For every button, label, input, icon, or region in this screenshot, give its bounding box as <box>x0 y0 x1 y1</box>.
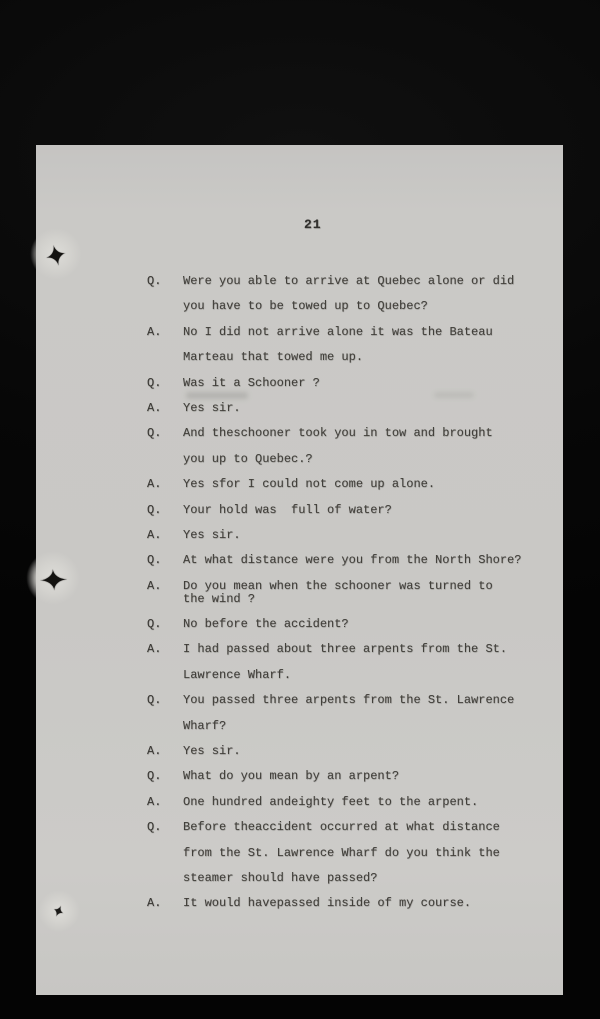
speaker-label: Q. <box>147 692 183 708</box>
speaker-label: A. <box>147 578 183 594</box>
qa-line: Wharf? <box>183 718 547 734</box>
qa-row: Q. And theschooner took you in tow and b… <box>147 425 547 476</box>
qa-line: from the St. Lawrence Wharf do you think… <box>183 845 547 861</box>
qa-row: A. No I did not arrive alone it was the … <box>147 324 547 375</box>
qa-list: Q. Were you able to arrive at Quebec alo… <box>147 273 547 921</box>
qa-lines: I had passed about three arpents from th… <box>183 641 547 692</box>
document-page: 21 Q. Were you able to arrive at Quebec … <box>36 145 563 995</box>
fastener-star-icon: ✦ <box>49 897 70 925</box>
speaker-label: A. <box>147 324 183 340</box>
speaker-label: Q. <box>147 819 183 835</box>
qa-lines: One hundred andeighty feet to the arpent… <box>183 794 547 819</box>
qa-lines: No before the accident? <box>183 616 547 641</box>
qa-lines: Yes sir. <box>183 527 547 552</box>
speaker-label: A. <box>147 527 183 543</box>
qa-line: Was it a Schooner ? <box>183 375 547 391</box>
qa-lines: Do you mean when the schooner was turned… <box>183 578 547 616</box>
speaker-label: A. <box>147 743 183 759</box>
speaker-label: A. <box>147 476 183 492</box>
speaker-label: Q. <box>147 502 183 518</box>
qa-lines: Your hold was full of water? <box>183 502 547 527</box>
qa-row: A. Yes sfor I could not come up alone. <box>147 476 547 501</box>
qa-row: A. It would havepassed inside of my cour… <box>147 895 547 920</box>
qa-lines: You passed three arpents from the St. La… <box>183 692 547 743</box>
qa-row: Q. At what distance were you from the No… <box>147 552 547 577</box>
fastener-star-icon: ✦ <box>37 554 70 602</box>
qa-line: Were you able to arrive at Quebec alone … <box>183 273 547 289</box>
fastener-hole-mark: ✦ <box>30 228 82 280</box>
speaker-label: A. <box>147 400 183 416</box>
qa-lines: Yes sfor I could not come up alone. <box>183 476 547 501</box>
qa-row: Q. Was it a Schooner ? <box>147 375 547 400</box>
qa-lines: And theschooner took you in tow and brou… <box>183 425 547 476</box>
speaker-label: Q. <box>147 552 183 568</box>
qa-line: Lawrence Wharf. <box>183 667 547 683</box>
qa-row: Q. Before theaccident occurred at what d… <box>147 819 547 895</box>
qa-line: At what distance were you from the North… <box>183 552 547 568</box>
qa-line: you have to be towed up to Quebec? <box>183 298 547 314</box>
qa-lines: Were you able to arrive at Quebec alone … <box>183 273 547 324</box>
qa-lines: No I did not arrive alone it was the Bat… <box>183 324 547 375</box>
fastener-hole-mark: ✦ <box>26 551 80 605</box>
qa-row: A. Yes sir. <box>147 527 547 552</box>
speaker-label: A. <box>147 895 183 911</box>
qa-row: A. I had passed about three arpents from… <box>147 641 547 692</box>
qa-line: I had passed about three arpents from th… <box>183 641 547 657</box>
qa-row: Q. You passed three arpents from the St.… <box>147 692 547 743</box>
speaker-label: Q. <box>147 616 183 632</box>
speaker-label: A. <box>147 794 183 810</box>
qa-line: You passed three arpents from the St. La… <box>183 692 547 708</box>
scanned-document: 21 Q. Were you able to arrive at Quebec … <box>0 0 600 1019</box>
qa-row: A. Yes sir. <box>147 743 547 768</box>
qa-row: A. One hundred andeighty feet to the arp… <box>147 794 547 819</box>
qa-line: Yes sir. <box>183 527 547 543</box>
qa-line: No I did not arrive alone it was the Bat… <box>183 324 547 340</box>
page-number: 21 <box>304 217 322 232</box>
qa-lines: At what distance were you from the North… <box>183 552 547 577</box>
qa-lines: It would havepassed inside of my course. <box>183 895 547 920</box>
qa-row: Q. No before the accident? <box>147 616 547 641</box>
fastener-star-icon: ✦ <box>40 229 72 278</box>
speaker-label: Q. <box>147 425 183 441</box>
qa-lines: Yes sir. <box>183 743 547 768</box>
qa-row: Q. What do you mean by an arpent? <box>147 768 547 793</box>
speaker-label: Q. <box>147 273 183 289</box>
qa-row: A. Do you mean when the schooner was tur… <box>147 578 547 616</box>
speaker-label: Q. <box>147 768 183 784</box>
qa-row: Q. Were you able to arrive at Quebec alo… <box>147 273 547 324</box>
qa-line: One hundred andeighty feet to the arpent… <box>183 794 547 810</box>
qa-lines: Yes sir. <box>183 400 547 425</box>
qa-lines: What do you mean by an arpent? <box>183 768 547 793</box>
qa-line: It would havepassed inside of my course. <box>183 895 547 911</box>
qa-line: What do you mean by an arpent? <box>183 768 547 784</box>
qa-line: you up to Quebec.? <box>183 451 547 467</box>
qa-line: Yes sfor I could not come up alone. <box>183 476 547 492</box>
qa-line: Marteau that towed me up. <box>183 349 547 365</box>
qa-line: Yes sir. <box>183 400 547 416</box>
qa-line: No before the accident? <box>183 616 547 632</box>
fastener-hole-mark: ✦ <box>38 890 80 932</box>
qa-lines: Was it a Schooner ? <box>183 375 547 400</box>
qa-line: Yes sir. <box>183 743 547 759</box>
qa-lines: Before theaccident occurred at what dist… <box>183 819 547 895</box>
speaker-label: A. <box>147 641 183 657</box>
qa-line: steamer should have passed? <box>183 870 547 886</box>
qa-line: Your hold was full of water? <box>183 502 547 518</box>
qa-row: Q. Your hold was full of water? <box>147 502 547 527</box>
qa-line: And theschooner took you in tow and brou… <box>183 425 547 441</box>
speaker-label: Q. <box>147 375 183 391</box>
qa-line: Before theaccident occurred at what dist… <box>183 819 547 835</box>
qa-row: A. Yes sir. <box>147 400 547 425</box>
